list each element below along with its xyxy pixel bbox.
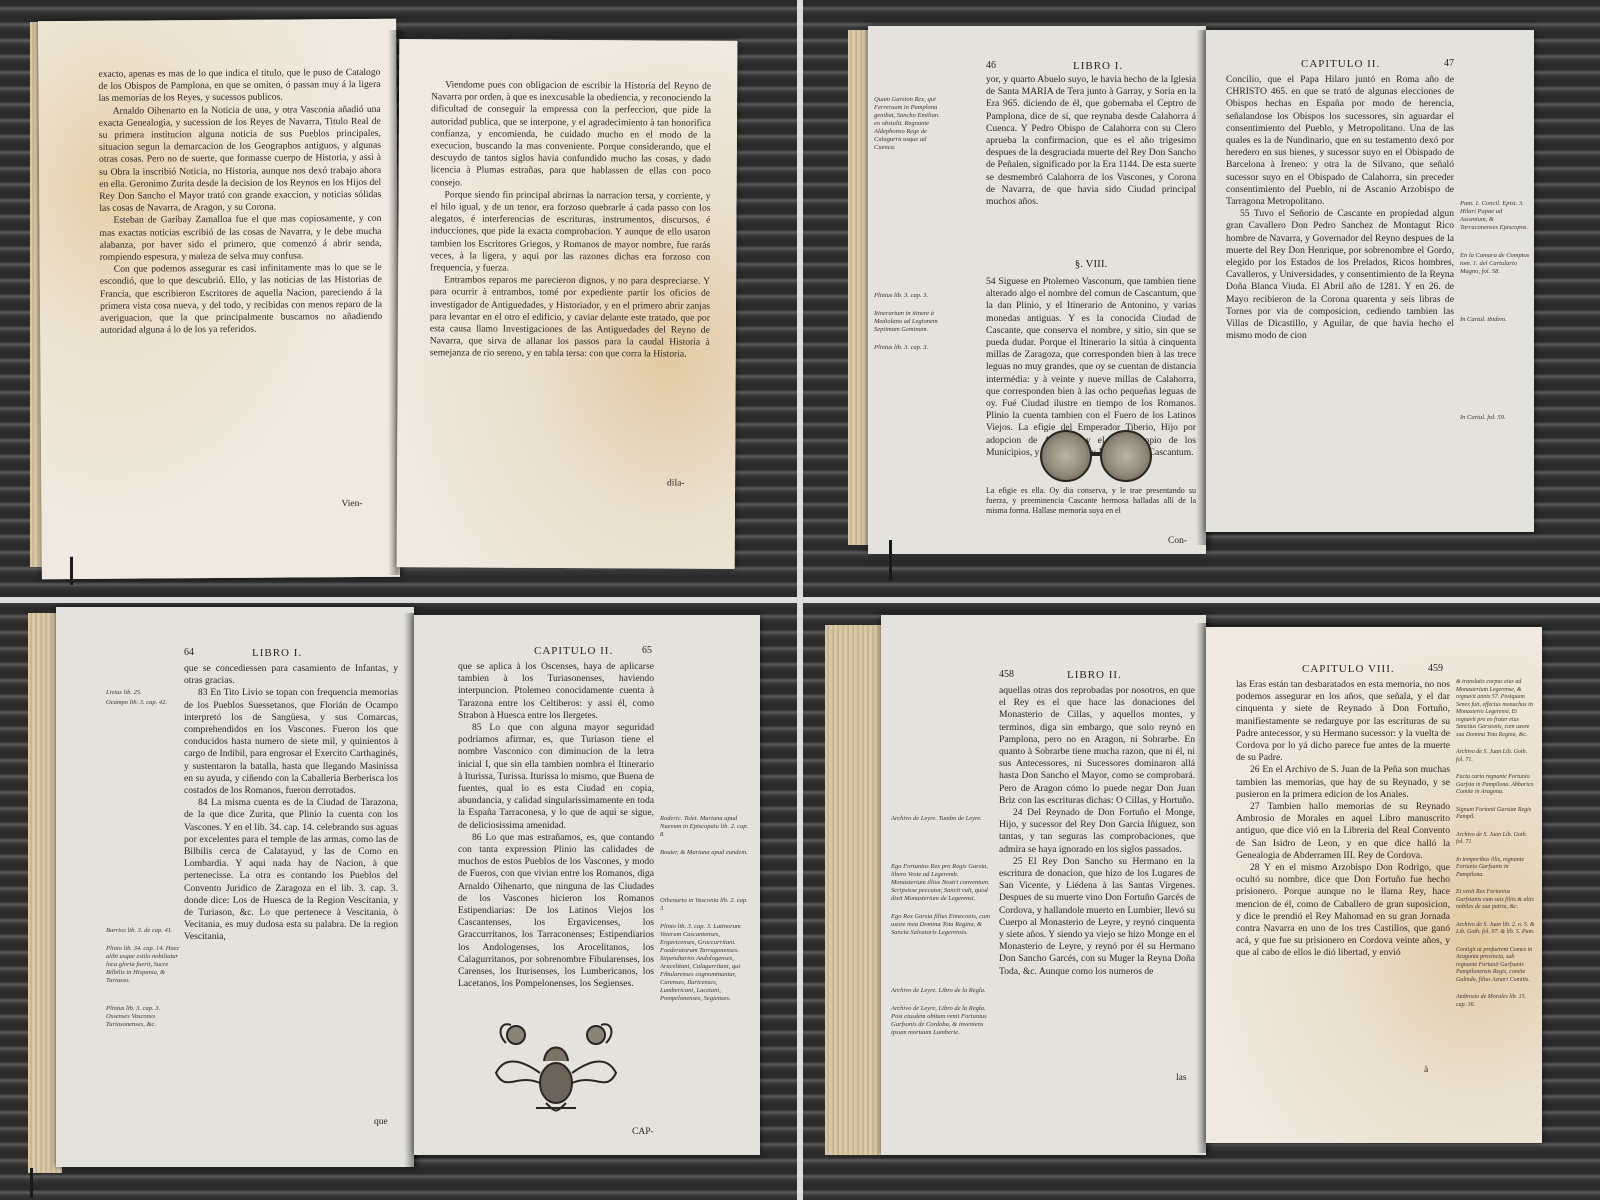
margin-note: Plinius lib. 3. cap. 3. <box>874 344 944 352</box>
catchword: que <box>374 1117 388 1127</box>
margin-note: Quam Garsion Rex, qui Ferreruam in Pampl… <box>874 96 944 152</box>
paragraph: 83 En Tito Livio se topan con frequencia… <box>184 687 398 797</box>
margin-note: Et venit Rex Fortunius Garfsianis cum su… <box>1456 889 1536 912</box>
page-number: 458 <box>999 669 1014 680</box>
paragraph: 27 Tambien hallo memorias de su Reynado … <box>1236 801 1450 862</box>
catchword: dila- <box>667 479 684 489</box>
page-number: 47 <box>1444 58 1454 69</box>
margin-note: Plinius lib. 3. cap. 3. <box>874 292 944 300</box>
paragraph: Siguese en Ptolemeo Vasconum, que tambie… <box>986 276 1196 458</box>
margin-note: Ambrosio de Morales lib. 15. cap. 36. <box>1456 994 1536 1009</box>
photo-bottom-right: 458 LIBRO II. Archivo de Leyre. Tumbo de… <box>803 603 1600 1200</box>
bookmark-ribbon <box>889 540 892 580</box>
running-head: CAPITULO II. <box>1301 58 1380 70</box>
margin-notes: Quam Garsion Rex, qui Ferreruam in Pampl… <box>874 96 944 362</box>
left-page: 46 LIBRO I. Quam Garsion Rex, qui Ferrer… <box>868 26 1206 554</box>
margin-note: Plinio lib. 34. cap. 14. Haec alibi usqu… <box>106 945 182 985</box>
margin-note: En la Camara de Comptos tom. 1. del Cart… <box>1460 252 1530 276</box>
bookmark-ribbon <box>70 555 73 585</box>
catchword: Con- <box>1168 536 1187 546</box>
margin-note: Contigit ut profuerent Comes in Aragonia… <box>1456 947 1536 985</box>
margin-note: Plinius lib. 3. cap. 3. Ossenses Vascone… <box>106 1005 182 1029</box>
paragraph: 84 La misma cuenta es de la Ciudad de Ta… <box>184 797 398 943</box>
margin-note: In Cartul. ibidem. <box>1460 316 1530 324</box>
body-text: exacto, apenas es mas de lo que indica e… <box>98 67 382 337</box>
paragraph: Viendome pues con obligacion de escribir… <box>431 79 712 190</box>
catchword: las <box>1176 1073 1187 1083</box>
paragraph: que se aplica à los Oscenses, haya de ap… <box>458 661 654 722</box>
photo-top-right: 46 LIBRO I. Quam Garsion Rex, qui Ferrer… <box>803 0 1600 597</box>
margin-note: Archivo de S. Juan Lib. Goth. fol. 71. <box>1456 832 1536 847</box>
roman-coin-obverse-image <box>1040 430 1092 482</box>
section-text: 54 Siguese en Ptolemeo Vasconum, que tam… <box>986 276 1196 459</box>
paragraph: aquellas otras dos reprobadas por nosotr… <box>999 685 1195 807</box>
cherub-vase-ornament-icon <box>486 1013 626 1123</box>
margin-note: Archivo de Leyre. Tumbo de Leyre. <box>891 815 991 823</box>
catchword: Vien- <box>341 499 362 509</box>
right-page: CAPITULO II. 47 Concilio, que el Papa Hi… <box>1206 30 1534 532</box>
bookmark-ribbon <box>30 1168 33 1198</box>
margin-note: Roderic. Tolet. Mariana apud Nuevum in E… <box>660 815 750 839</box>
page-number: 65 <box>642 645 652 656</box>
page-edges <box>825 625 883 1155</box>
paragraph: yor, y quarto Abuelo suyo, le havia hech… <box>986 74 1196 208</box>
paragraph: 55 Tuvo el Señorio de Cascante en propie… <box>1226 208 1454 342</box>
margin-note: In Cartul. fol. 59. <box>1460 414 1530 422</box>
paragraph: 24 Del Reynado de Don Fortuño el Monge, … <box>999 807 1195 856</box>
body-text: que se aplica à los Oscenses, haya de ap… <box>458 661 654 990</box>
margin-notes: Pam. 1. Concil. Epist. 3. Hilari Papae a… <box>1460 200 1530 432</box>
margin-notes: Archivo de Leyre. Tumbo de Leyre. Ego Fo… <box>891 815 991 1047</box>
ribbon-tip <box>69 552 74 557</box>
paragraph: 85 Lo que con alguna mayor seguridad pod… <box>458 722 654 832</box>
coin-caption: La efigie es ella. Oy dia conserva, y le… <box>986 486 1196 516</box>
body-text: yor, y quarto Abuelo suyo, le havia hech… <box>986 74 1196 208</box>
body-text: aquellas otras dos reprobadas por nosotr… <box>999 685 1195 978</box>
paragraph: Entrambos reparos me parecieron dignos, … <box>430 275 710 362</box>
left-page: 64 LIBRO I. Livius lib. 25. Ocampo lib. … <box>56 607 414 1167</box>
paragraph: Esteban de Garibay Zamalloa fue el que m… <box>99 213 381 264</box>
catchword: CAP- <box>632 1127 654 1137</box>
paragraph: Concilio, que el Papa Hilaro juntó en Ro… <box>1226 74 1454 208</box>
left-page: exacto, apenas es mas de lo que indica e… <box>38 19 400 579</box>
margin-note: Plinio lib. 3. cap. 3. Latinorum Veterum… <box>660 923 750 1003</box>
roman-coin-reverse-bull-image <box>1100 430 1152 482</box>
page-edges <box>848 30 870 545</box>
paragraph: Con que podemos assegurar es casi infini… <box>100 262 383 337</box>
margin-note: Ego Fortunius Rex pro Regis Garsia, libe… <box>891 863 991 903</box>
photo-bottom-left: 64 LIBRO I. Livius lib. 25. Ocampo lib. … <box>0 603 797 1200</box>
margin-note: Archivo de Leyre, Libro de la Regla. Pos… <box>891 1005 991 1037</box>
paragraph: 26 En el Archivo de S. Juan de la Peña s… <box>1236 764 1450 801</box>
paragraph: exacto, apenas es mas de lo que indica e… <box>98 67 380 106</box>
margin-notes: Livius lib. 25. Ocampo lib. 3. cap. 42. … <box>106 689 182 1039</box>
paragraph: 28 Y en el mismo Arzobispo Don Rodrigo, … <box>1236 862 1450 960</box>
margin-notes: & translatis corpus eius ad Monasterium … <box>1456 679 1536 1019</box>
paragraph: 86 Lo que mas estrañamos, es, que contan… <box>458 832 654 991</box>
margin-note: Livius lib. 25. <box>106 689 182 697</box>
margin-note: Archivo de S. Juan Lib. Goth. fol. 71. <box>1456 749 1536 764</box>
running-head: LIBRO II. <box>1067 669 1122 681</box>
margin-note: Ego Rex Garsia filius Enneconis, cum uxo… <box>891 913 991 937</box>
margin-note: Archivo de Leyre. Libro de la Regla. <box>891 987 991 995</box>
running-head: LIBRO I. <box>1073 60 1123 72</box>
running-head: LIBRO I. <box>252 647 302 659</box>
paragraph: Arnaldo Oihenarto en la Noticia de una, … <box>99 103 382 215</box>
margin-note: Bouter, & Mariana apud eundem. <box>660 849 750 857</box>
section-heading: §. VIII. <box>986 258 1196 270</box>
paragraph-number: 54 <box>986 276 996 287</box>
running-head: CAPITULO VIII. <box>1302 663 1395 675</box>
margin-note: Archivo de S. Juan lib. 2. n. 5. & Lib. … <box>1456 922 1536 937</box>
body-text: Concilio, que el Papa Hilaro juntó en Ro… <box>1226 74 1454 342</box>
running-head: CAPITULO II. <box>534 645 613 657</box>
page-number: 459 <box>1428 663 1443 674</box>
page-number: 46 <box>986 60 996 71</box>
margin-note: In temporibus illis, regnante Fortunio G… <box>1456 857 1536 880</box>
paragraph: 25 El Rey Don Sancho su Hermano en la es… <box>999 856 1195 978</box>
page-number: 64 <box>184 647 194 658</box>
body-text: Viendome pues con obligacion de escribir… <box>430 79 711 361</box>
margin-note: Pam. 1. Concil. Epist. 3. Hilari Papae a… <box>1460 200 1530 232</box>
margin-note: Oihenarto in Vasconia lib. 2. cap. 3. <box>660 897 750 913</box>
margin-notes: Roderic. Tolet. Mariana apud Nuevum in E… <box>660 815 750 1013</box>
right-page: CAPITULO VIII. 459 las Eras están tan de… <box>1206 627 1542 1143</box>
right-page: Viendome pues con obligacion de escribir… <box>397 39 738 569</box>
body-text: que se concediessen para casamiento de I… <box>184 663 398 944</box>
margin-note: Signum Fortunii Garsiae Regis Pampil. <box>1456 807 1536 822</box>
body-text: las Eras están tan desbaratados en esta … <box>1236 679 1450 960</box>
right-page: CAPITULO II. 65 que se aplica à los Osce… <box>414 615 760 1155</box>
paragraph: que se concediessen para casamiento de I… <box>184 663 398 687</box>
photo-top-left: exacto, apenas es mas de lo que indica e… <box>0 0 797 597</box>
margin-note: Ocampo lib. 3. cap. 42. <box>106 699 182 707</box>
left-page: 458 LIBRO II. Archivo de Leyre. Tumbo de… <box>881 615 1206 1155</box>
margin-note: & translatis corpus eius ad Monasterium … <box>1456 679 1536 739</box>
paragraph: Porque siendo fin principal abrirnas la … <box>430 189 710 276</box>
margin-note: Facta carta regnante Fortunio Garfsia in… <box>1456 774 1536 797</box>
margin-note: Barrios lib. 3. de cap. 41. <box>106 927 182 935</box>
margin-note: Itinerarium in itinere à Mediolano ad Le… <box>874 310 944 334</box>
paragraph: las Eras están tan desbaratados en esta … <box>1236 679 1450 764</box>
catchword: à <box>1424 1065 1428 1075</box>
